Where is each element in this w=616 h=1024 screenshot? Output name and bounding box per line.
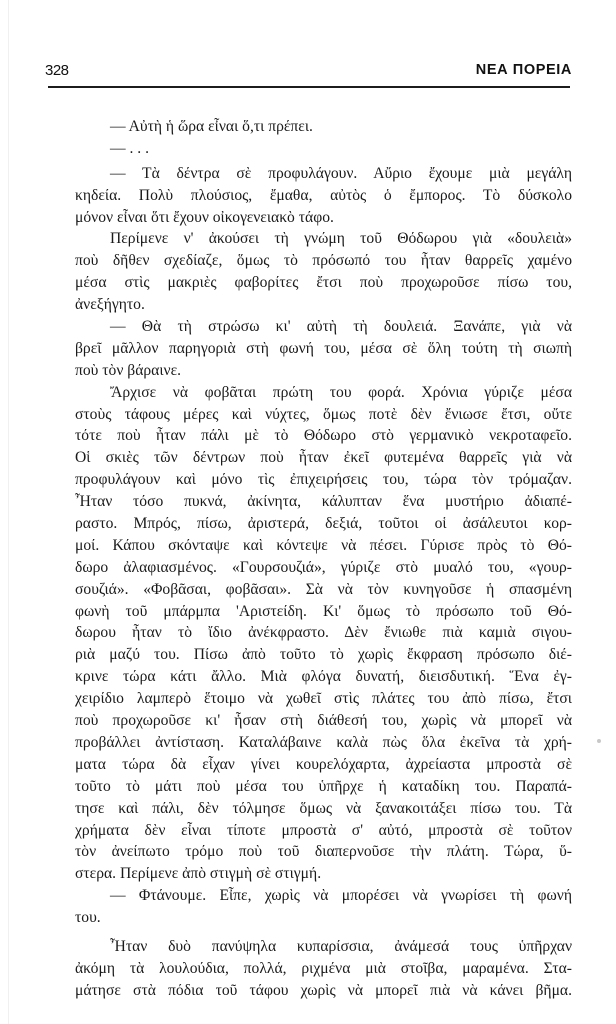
spacer [75, 929, 572, 936]
text-line: στερα. Περίμενε ἀπὸ στιγμὴ σὲ στιγμή. [75, 863, 572, 885]
text-line: — Θὰ τὴ στρώσω κι' αὐτὴ τὴ δουλειά. Ξανά… [75, 316, 572, 338]
text-line: ποὺ προχωροῦσε κι' ἦσαν στὴ διάθεσή του,… [75, 710, 572, 732]
text-line: τησε καὶ πάλι, δὲν τόλμησε ὅμως νὰ ξανακ… [75, 798, 572, 820]
text-line: Ἄρχισε νὰ φοβᾶται πρώτη του φορά. Χρόνια… [75, 382, 572, 404]
text-line: Περίμενε ν' ἀκούσει τὴ γνώμη τοῦ Θόδωρου… [75, 228, 572, 250]
text-line: προφυλάγουν καὶ μόνο τὶς ἐπιχειρήσεις το… [75, 469, 572, 491]
text-line: Ἦταν δυὸ πανύψηλα κυπαρίσσια, ἀνάμεσά το… [75, 936, 572, 958]
text-line: προβάλλει ἀντίσταση. Καταλάβαινε καλὰ πὼ… [75, 732, 572, 754]
text-line: μοί. Κάπου σκόνταψε καὶ κόντεψε νὰ πέσει… [75, 535, 572, 557]
text-line: δωρο ἀλαφιασμένος. «Γουρσουζιά», γύριζε … [75, 557, 572, 579]
text-line: ραστο. Μπρός, πίσω, ἀριστερά, δεξιά, τοῦ… [75, 513, 572, 535]
text-line: βρεῖ μᾶλλον παρηγοριὰ στὴ φωνή του, μέσα… [75, 338, 572, 360]
text-line: ποὺ δῆθεν σχεδίαζε, ὅμως τὸ πρόσωπό του … [75, 250, 572, 272]
page-number: 328 [45, 62, 69, 79]
running-head: 328 ΝΕΑ ΠΟΡΕΙΑ [45, 62, 572, 82]
text-line: τότε ποὺ ἦταν πάλι μὲ τὸ Θόδωρο στὸ γερμ… [75, 425, 572, 447]
text-line: Ἦταν τόσο πυκνά, ἀκίνητα, κάλυπταν ἕνα μ… [75, 491, 572, 513]
text-line: του. [75, 907, 572, 929]
text-line: ριὰ μαζύ του. Πίσω ἀπὸ τοῦτο τὸ χωρὶς ἔκ… [75, 644, 572, 666]
text-line: κρινε τώρα κάτι ἄλλο. Μιὰ φλόγα δυνατή, … [75, 666, 572, 688]
text-line: μέσα στὶς μακριὲς φαβορίτες ἔτσι ποὺ προ… [75, 272, 572, 294]
text-line: ματα τώρα δὰ εἶχαν γίνει κουρελόχαρτα, ἀ… [75, 754, 572, 776]
text-line: χρήματα δὲν εἶναι τίποτε μπροστὰ σ' αὐτό… [75, 820, 572, 842]
text-line: φωνὴ τοῦ μπάρμπα 'Αριστείδη. Κι' ὅμως τὸ… [75, 601, 572, 623]
journal-title: ΝΕΑ ΠΟΡΕΙΑ [476, 62, 572, 78]
text-line: μόνον εἶναι ὅτι ἔχουν οἰκογενειακὸ τάφο. [75, 207, 572, 229]
text-line: χειρίδιο λαμπερὸ ἕτοιμο νὰ χωθεῖ στὶς πλ… [75, 688, 572, 710]
paper-speck [597, 739, 601, 743]
text-line: — Τὰ δέντρα σὲ προφυλάγουν. Αὔριο ἔχουμε… [75, 163, 572, 185]
text-line: — Αὐτὴ ἡ ὥρα εἶναι ὅ,τι πρέπει. [75, 116, 572, 138]
text-line: τὸν ἀνείπωτο τρόμο ποὺ τοῦ διαπερνοῦσε τ… [75, 841, 572, 863]
page-edge [8, 0, 9, 1024]
header-rule [48, 86, 570, 88]
text-line: στοὺς τάφους μέρες καὶ νύχτες, ὅμως ποτὲ… [75, 404, 572, 426]
text-line: — . . . [75, 138, 572, 160]
text-line: κηδεία. Πολὺ πλούσιος, ἔμαθα, αὐτὸς ὁ ἔμ… [75, 185, 572, 207]
text-line: — Φτάνουμε. Εἶπε, χωρὶς νὰ μπορέσει νὰ γ… [75, 885, 572, 907]
text-line: ποὺ τὸν βάραινε. [75, 360, 572, 382]
text-line: ἀκόμη τὰ λουλούδια, πολλά, ριχμένα μιὰ σ… [75, 958, 572, 980]
text-line: μάτησε στὰ πόδια τοῦ τάφου χωρὶς νὰ μπορ… [75, 980, 572, 1002]
text-line: ἀνεξήγητο. [75, 294, 572, 316]
body-text: — Αὐτὴ ἡ ὥρα εἶναι ὅ,τι πρέπει. — . . . … [75, 116, 572, 1002]
text-line: Οἱ σκιὲς τῶν δέντρων ποὺ ἦταν ἐκεῖ φυτεμ… [75, 447, 572, 469]
text-line: σουζιά». «Φοβᾶσαι, φοβᾶσαι». Σὰ νὰ τὸν κ… [75, 579, 572, 601]
text-line: τοῦτο τὸ μάτι ποὺ μέσα του ὑπῆρχε ἡ κατα… [75, 776, 572, 798]
text-line: δωρου ἦταν τὸ ἴδιο ἀνέκφραστο. Δὲν ἔνιωθ… [75, 622, 572, 644]
